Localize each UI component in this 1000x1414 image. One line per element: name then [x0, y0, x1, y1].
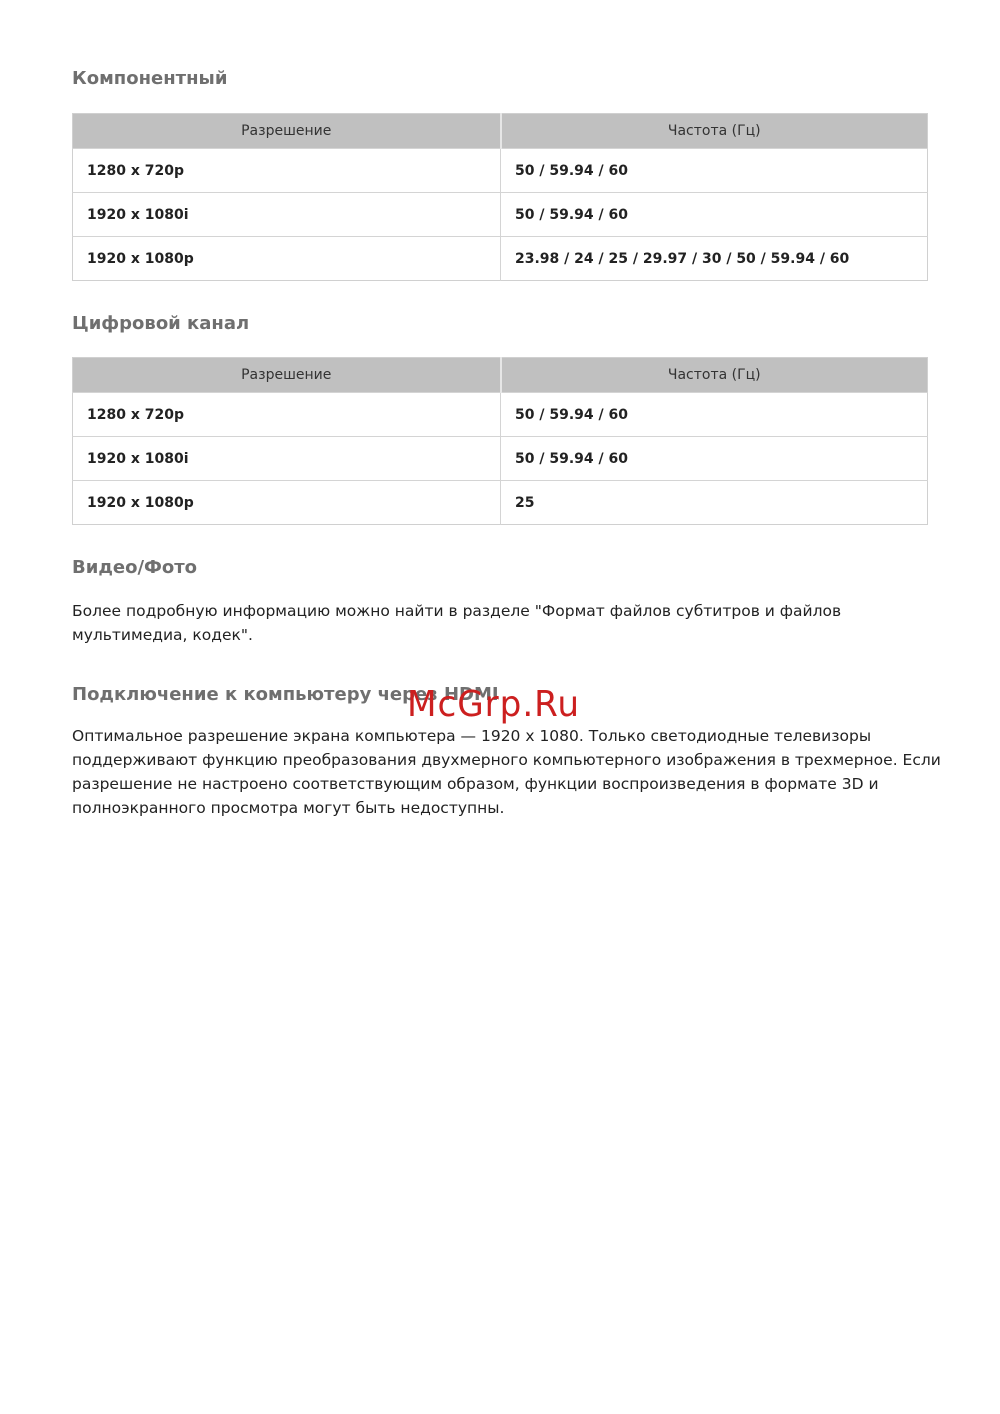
table-row: 1920 x 1080i 50 / 59.94 / 60	[73, 437, 928, 481]
watermark-logo: McGrp.Ru	[407, 684, 580, 725]
cell-resolution: 1920 x 1080p	[73, 481, 501, 525]
cell-frequency: 23.98 / 24 / 25 / 29.97 / 30 / 50 / 59.9…	[501, 237, 928, 281]
table-row: 1920 x 1080p 23.98 / 24 / 25 / 29.97 / 3…	[73, 237, 928, 281]
component-resolution-table: Разрешение Частота (Гц) 1280 x 720p 50 /…	[72, 113, 928, 281]
cell-resolution: 1920 x 1080p	[73, 237, 501, 281]
table-row: 1280 x 720p 50 / 59.94 / 60	[73, 393, 928, 437]
cell-frequency: 50 / 59.94 / 60	[501, 149, 928, 193]
cell-frequency: 50 / 59.94 / 60	[501, 193, 928, 237]
cell-resolution: 1920 x 1080i	[73, 193, 501, 237]
section-title-video-photo: Видео/Фото	[72, 557, 197, 578]
table-row: 1280 x 720p 50 / 59.94 / 60	[73, 149, 928, 193]
cell-frequency: 50 / 59.94 / 60	[501, 393, 928, 437]
header-frequency: Частота (Гц)	[501, 114, 928, 149]
cell-frequency: 25	[501, 481, 928, 525]
cell-frequency: 50 / 59.94 / 60	[501, 437, 928, 481]
cell-resolution: 1280 x 720p	[73, 393, 501, 437]
section-title-component: Компонентный	[72, 68, 227, 89]
table-header-row: Разрешение Частота (Гц)	[73, 114, 928, 149]
table-row: 1920 x 1080p 25	[73, 481, 928, 525]
table-header-row: Разрешение Частота (Гц)	[73, 358, 928, 393]
table-row: 1920 x 1080i 50 / 59.94 / 60	[73, 193, 928, 237]
header-frequency: Частота (Гц)	[501, 358, 928, 393]
video-photo-paragraph: Более подробную информацию можно найти в…	[72, 599, 942, 647]
hdmi-pc-paragraph: Оптимальное разрешение экрана компьютера…	[72, 724, 942, 820]
section-title-digital: Цифровой канал	[72, 313, 249, 334]
cell-resolution: 1920 x 1080i	[73, 437, 501, 481]
header-resolution: Разрешение	[73, 358, 501, 393]
digital-resolution-table: Разрешение Частота (Гц) 1280 x 720p 50 /…	[72, 357, 928, 525]
cell-resolution: 1280 x 720p	[73, 149, 501, 193]
header-resolution: Разрешение	[73, 114, 501, 149]
